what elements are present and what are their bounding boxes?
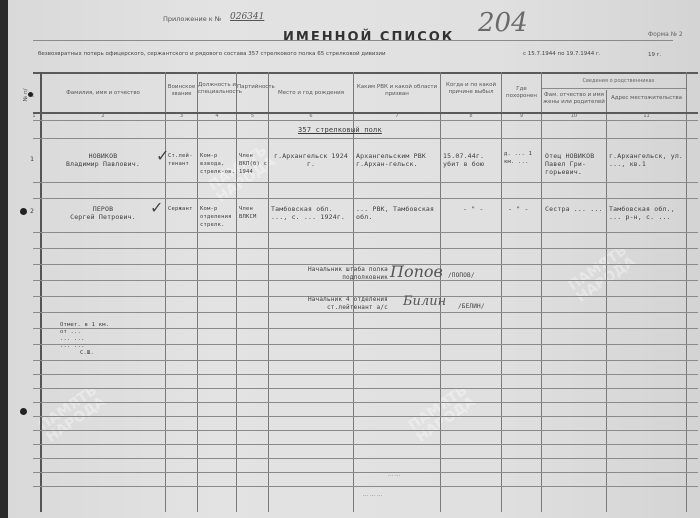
punch-hole	[20, 408, 27, 415]
year-suffix: 19 г.	[648, 52, 661, 58]
document-sheet: ПАМЯТЬНАРОДА ПАМЯТЬНАРОДА ПАМЯТЬНАРОДА П…	[8, 0, 700, 518]
signature-1-surname: /ПОПОВ/	[448, 272, 475, 280]
punch-hole	[20, 208, 27, 215]
row-address: г.Архангельск, ул. ..., кв.1	[609, 152, 685, 168]
group-header-relatives: Сведения о родственниках	[556, 78, 681, 84]
appendix-number: 026341	[230, 12, 264, 22]
col-num: 9	[502, 113, 541, 119]
page-number-handwritten: 204	[478, 8, 528, 38]
row-draft: ... РВК, Тамбовская обл.	[356, 205, 438, 221]
row-name: НОВИКОВВладимир Павлович.	[43, 152, 163, 168]
checkmark-icon: ✓	[150, 198, 163, 217]
row-burial: - " -	[508, 205, 538, 213]
row-name: ПЕРОВСергей Петрович.	[43, 205, 163, 221]
unit-heading: 357 стрелковый полк	[298, 126, 382, 134]
row-index: 1	[30, 155, 34, 163]
row-relative: Сестра ... ...	[545, 205, 605, 213]
row-rank: Ст.лей-тенант	[168, 152, 198, 168]
signature-2-handwriting: Билин	[403, 294, 446, 309]
col-num: 10	[543, 113, 605, 119]
col-header-8: Когда и по какой причине выбыл	[441, 82, 501, 96]
row-party: Член ВЛКСМ	[239, 205, 268, 221]
col-header-3: Воинское звание	[166, 84, 197, 98]
row-reason: - " -	[463, 205, 501, 213]
row-burial: д. ... 1 км. ...	[504, 150, 540, 166]
col-num: 3	[166, 113, 197, 119]
form-label: Форма № 2	[648, 32, 683, 38]
col-header-7: Каким РВК и какой области призван	[354, 84, 440, 98]
col-num: 4	[198, 113, 236, 119]
appendix-label: Приложение к №	[163, 16, 222, 22]
title-subtitle: безвозвратных потерь офицерского, сержан…	[38, 51, 518, 57]
col-num: 2	[41, 113, 165, 119]
row-birth: Тамбовская обл. ..., с. ... 1924г.	[271, 205, 351, 221]
col-num: 7	[354, 113, 440, 119]
row-index: 2	[30, 207, 34, 215]
row-address: Тамбовская обл., ... р-н, с. ...	[609, 205, 685, 221]
signature-block-2: Начальник 4 отделенияст.лейтенант а/с	[278, 296, 388, 312]
col-header-2: Фамилия, имя и отчество	[41, 90, 165, 97]
signature-1-handwriting: Попов	[390, 262, 443, 281]
col-header-6: Место и год рождения	[269, 90, 353, 97]
watermark: ПАМЯТЬНАРОДА	[406, 383, 478, 445]
page-title: ИМЕННОЙ СПИСОК	[283, 30, 454, 45]
row-rank: Сержант	[168, 205, 198, 213]
signature-2-surname: /БЕЛИН/	[458, 303, 485, 311]
col-header-11: Адрес местожительства	[607, 95, 686, 102]
footer-stamp: ... ...	[388, 472, 400, 478]
punch-mark	[28, 92, 33, 97]
col-header-5-label: Партийность	[237, 84, 268, 91]
col-num: 6	[269, 113, 353, 119]
col-header-4: Должность и специальность	[198, 82, 236, 96]
date-range: с 15.7.1944 по 19.7.1944 г.	[523, 51, 601, 57]
footer-text: ... ... ...	[363, 492, 382, 498]
col-num: 5	[237, 113, 268, 119]
col-num: 1	[28, 113, 40, 119]
row-position: Ком-р взвода, стрелк-ов.	[200, 152, 236, 176]
row-party: Член ВКП(б) с 1944	[239, 152, 268, 176]
row-draft: Архангельским РВК г.Архан-гельск.	[356, 152, 438, 168]
signature-block-1: Начальник штаба полкаподполковник	[278, 266, 388, 282]
col-header-9: Где похоронен	[502, 86, 541, 100]
scan-left-edge	[0, 0, 8, 518]
col-header-10: Фам. отчество и имя жены или родителей	[543, 92, 605, 106]
footnote-left: Отмет. в 1 км. от ... ... ... ... ... С.…	[60, 322, 109, 357]
col-num: 11	[607, 113, 686, 119]
row-relative: Отец НОВИКОВ Павел Гри-горьевич.	[545, 152, 605, 176]
watermark: ПАМЯТЬНАРОДА	[36, 383, 108, 445]
row-reason: 15.07.44г. убит в бою	[443, 152, 501, 168]
row-birth: г.Архангельск 1924 г.	[271, 152, 351, 168]
col-num: 8	[441, 113, 501, 119]
row-position: Ком-р отделения стрелк.	[200, 205, 236, 229]
